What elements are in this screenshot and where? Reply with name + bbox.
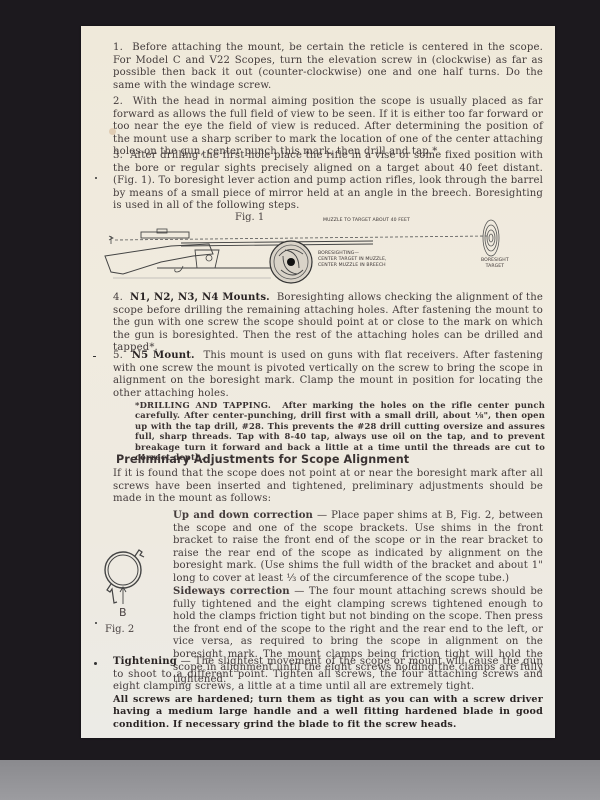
paragraph-4: 4. N1, N2, N3, N4 Mounts. Boresighting a…: [113, 292, 543, 355]
paragraph-number: 5.: [113, 350, 123, 361]
figure-2: B Fig. 2: [101, 534, 171, 644]
margin-mark: [95, 177, 97, 179]
margin-mark: [94, 662, 97, 665]
section-intro: If it is found that the scope does not p…: [113, 468, 543, 506]
paragraph-text: After drilling the first hole place the …: [113, 150, 543, 211]
caption-line: center muzzle in breech: [318, 263, 387, 269]
background-surface: [0, 760, 600, 800]
paragraph-text: Before attaching the mount, be certain t…: [113, 42, 543, 91]
tightening-paragraph: Tightening — The slightest movement of t…: [113, 656, 543, 732]
paragraph-title: N1, N2, N3, N4 Mounts.: [130, 292, 270, 303]
boresighting-caption: Boresighting— Center target in muzzle, c…: [318, 251, 387, 269]
up-down-correction: Up and down correction — Place paper shi…: [173, 510, 543, 586]
correction-title: Sideways correction: [173, 586, 290, 597]
scope-bracket-illustration: [101, 534, 171, 634]
section-heading: Preliminary Adjustments for Scope Alignm…: [116, 453, 409, 466]
paragraph-number: 2.: [113, 96, 123, 107]
point-b-label: B: [119, 606, 127, 619]
margin-mark: [93, 356, 96, 357]
tightening-warning: All screws are hardened; turn them as ti…: [113, 694, 543, 730]
correction-title: Up and down correction: [173, 510, 313, 521]
paragraph-3: 3. After drilling the first hole place t…: [113, 150, 543, 213]
figure-2-label: Fig. 2: [105, 624, 134, 635]
paragraph-number: 3.: [113, 150, 123, 161]
target-caption: Boresight target: [481, 258, 509, 270]
note-title: *DRILLING AND TAPPING.: [135, 400, 271, 410]
figure-1: Fig. 1 Muzzle to target about 40 feet: [101, 210, 551, 286]
tightening-title: Tightening: [113, 656, 177, 667]
rifle-boresight-illustration: [101, 210, 551, 286]
paragraph-text: With the head in normal aiming position …: [113, 96, 543, 157]
paragraph-title: N5 Mount.: [132, 350, 195, 361]
margin-mark: [95, 622, 97, 624]
instruction-sheet: 1. Before attaching the mount, be certai…: [81, 26, 555, 738]
correction-text: — Place paper shims at B, Fig. 2, betwee…: [173, 510, 543, 584]
paragraph-5: 5. N5 Mount. This mount is used on guns …: [113, 350, 543, 400]
tightening-text: — The slightest movement of the scope or…: [113, 656, 543, 692]
caption-line: target: [481, 264, 509, 270]
paragraph-number: 4.: [113, 292, 123, 303]
paragraph-number: 1.: [113, 42, 123, 53]
paragraph-1: 1. Before attaching the mount, be certai…: [113, 42, 543, 92]
